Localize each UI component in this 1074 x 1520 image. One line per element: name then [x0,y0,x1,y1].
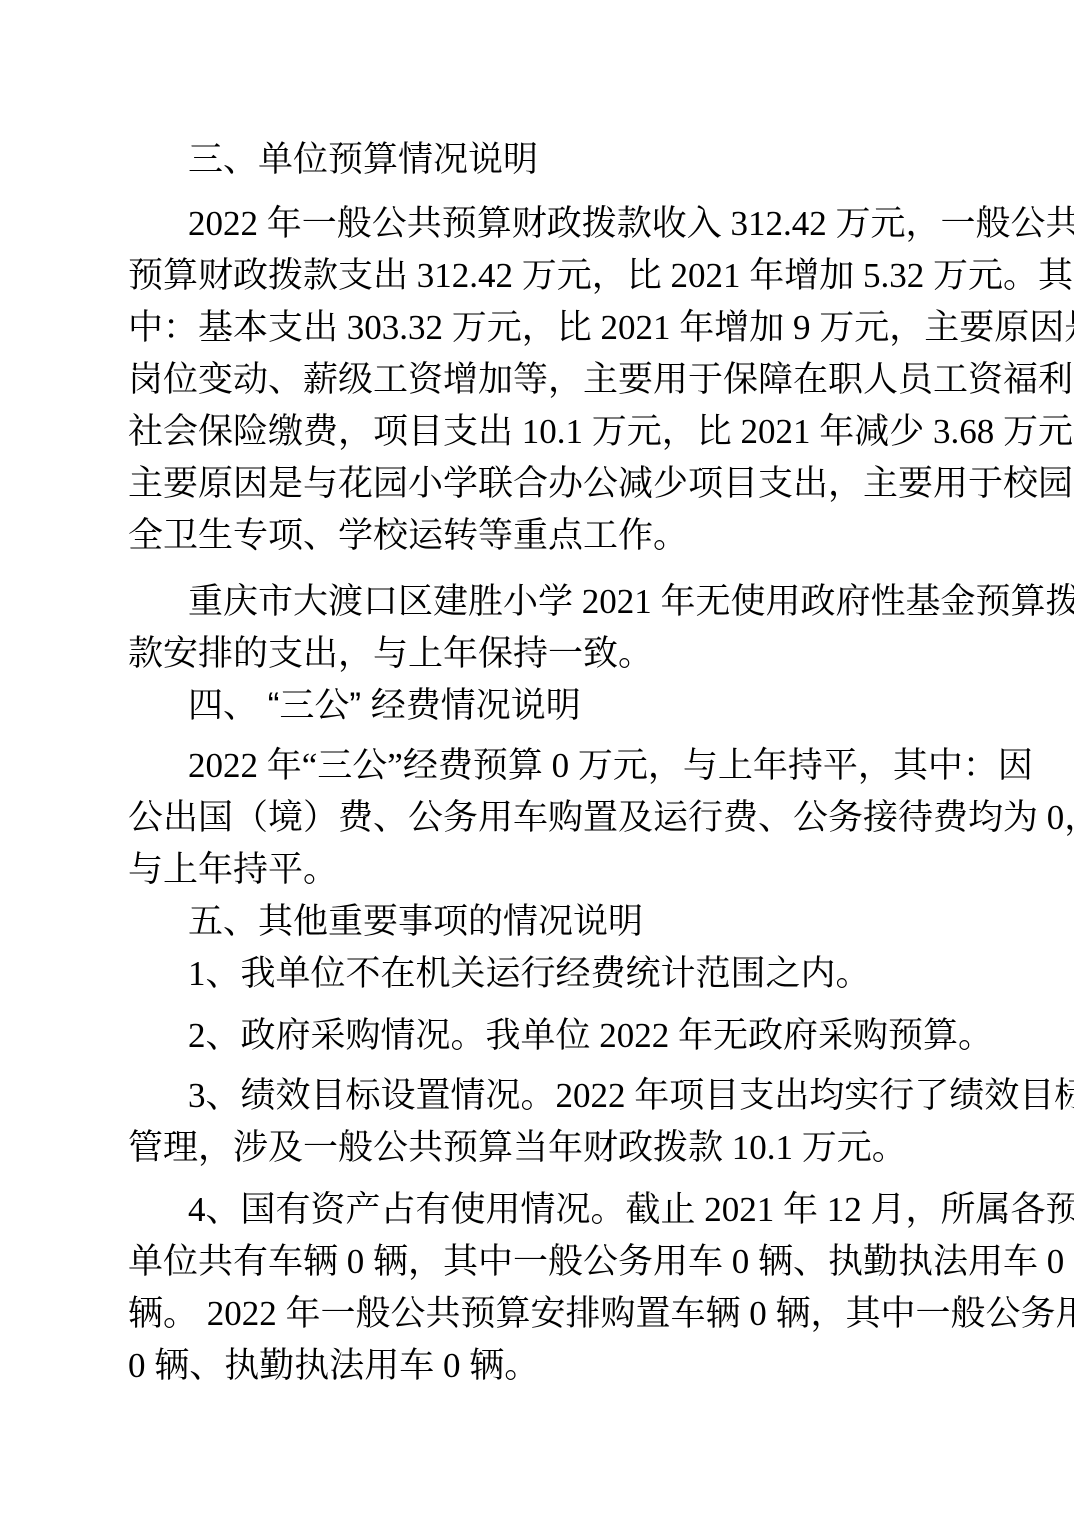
text-line: 款安排的支出，与上年保持一致。 [128,628,968,680]
text-line: 预算财政拨款支出 312.42 万元，比 2021 年增加 5.32 万元。其 [128,250,968,302]
paragraph-government-fund: 重庆市大渡口区建胜小学 2021 年无使用政府性基金预算拨 款安排的支出，与上年… [128,576,968,680]
text-line: 2022 年“三公”经费预算 0 万元，与上年持平，其中：因 [128,740,968,792]
text-line: 0 辆、执勤执法用车 0 辆。 [128,1340,968,1392]
text-line: 与上年持平。 [128,844,968,896]
text-line: 4、国有资产占有使用情况。截止 2021 年 12 月，所属各预算 [128,1184,968,1236]
section-heading-other-important-matters: 五、其他重要事项的情况说明 [128,896,968,948]
paragraph-item-2: 2、政府采购情况。我单位 2022 年无政府采购预算。 [128,1010,968,1062]
paragraph-general-budget: 2022 年一般公共预算财政拨款收入 312.42 万元，一般公共 预算财政拨款… [128,198,968,562]
text-line: 1、我单位不在机关运行经费统计范围之内。 [128,948,968,1000]
paragraph-item-1: 1、我单位不在机关运行经费统计范围之内。 [128,948,968,1000]
text-line: 3、绩效目标设置情况。2022 年项目支出均实行了绩效目标 [128,1070,968,1122]
text-line: 单位共有车辆 0 辆，其中一般公务用车 0 辆、执勤执法用车 0 [128,1236,968,1288]
text-line: 主要原因是与花园小学联合办公减少项目支出，主要用于校园安 [128,458,968,510]
text-line: 公出国（境）费、公务用车购置及运行费、公务接待费均为 0， [128,792,968,844]
paragraph-item-3: 3、绩效目标设置情况。2022 年项目支出均实行了绩效目标 管理，涉及一般公共预… [128,1070,968,1174]
text-line: 社会保险缴费，项目支出 10.1 万元，比 2021 年减少 3.68 万元， [128,406,968,458]
text-line: 管理，涉及一般公共预算当年财政拨款 10.1 万元。 [128,1122,968,1174]
paragraph-three-public-expenses: 2022 年“三公”经费预算 0 万元，与上年持平，其中：因 公出国（境）费、公… [128,740,968,896]
text-line: 辆。 2022 年一般公共预算安排购置车辆 0 辆，其中一般公务用车 [128,1288,968,1340]
text-line: 2022 年一般公共预算财政拨款收入 312.42 万元，一般公共 [128,198,968,250]
section-heading-three-public-expenses: 四、 “三公” 经费情况说明 [128,680,968,732]
text-line: 岗位变动、薪级工资增加等，主要用于保障在职人员工资福利及 [128,354,968,406]
paragraph-item-4: 4、国有资产占有使用情况。截止 2021 年 12 月，所属各预算 单位共有车辆… [128,1184,968,1392]
text-line: 2、政府采购情况。我单位 2022 年无政府采购预算。 [128,1010,968,1062]
document-page: 三、单位预算情况说明 2022 年一般公共预算财政拨款收入 312.42 万元，… [0,0,1074,1520]
text-line: 全卫生专项、学校运转等重点工作。 [128,510,968,562]
section-heading-unit-budget: 三、单位预算情况说明 [128,134,968,186]
text-line: 重庆市大渡口区建胜小学 2021 年无使用政府性基金预算拨 [128,576,968,628]
text-line: 中：基本支出 303.32 万元，比 2021 年增加 9 万元，主要原因是 [128,302,968,354]
